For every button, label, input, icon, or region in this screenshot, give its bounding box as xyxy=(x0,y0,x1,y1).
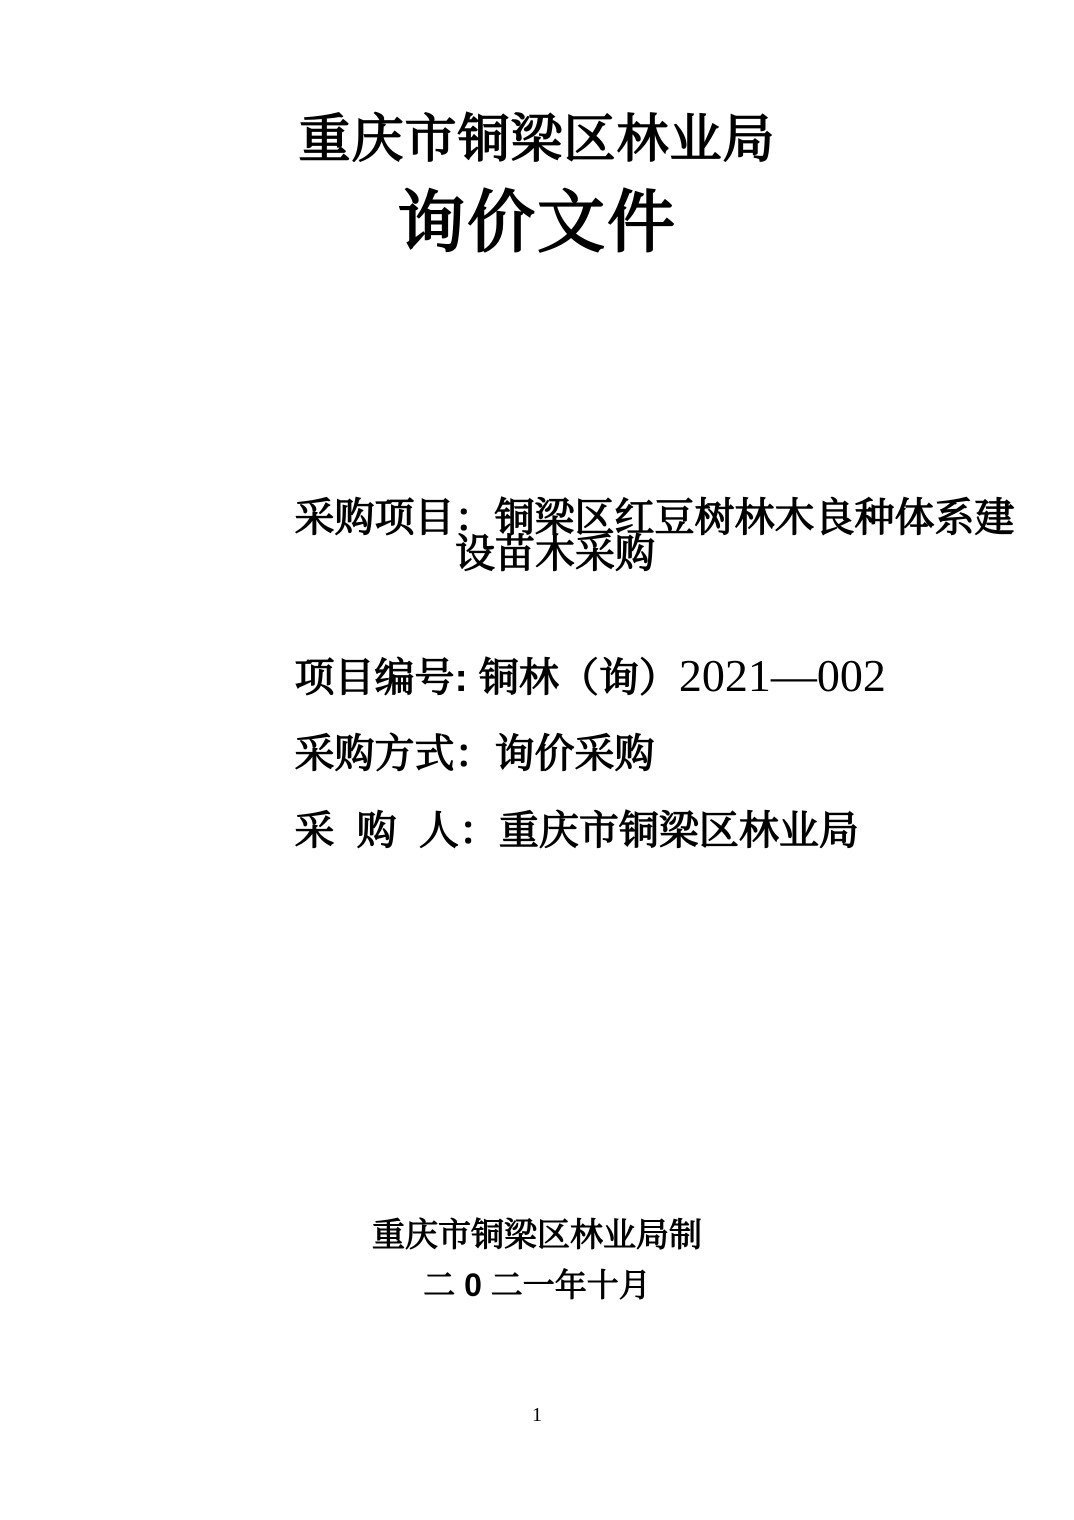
project-name-value-part2: 设苗木采购 xyxy=(455,533,655,575)
footer-issuer: 重庆市铜梁区林业局制 xyxy=(0,1218,1074,1253)
document-page: 重庆市铜梁区林业局 询价文件 采购项目：铜梁区红豆树林木良种体系建 设苗木采购 … xyxy=(0,0,1074,1520)
organization-title: 重庆市铜梁区林业局 xyxy=(0,112,1074,169)
page-number: 1 xyxy=(0,1404,1074,1426)
document-title: 询价文件 xyxy=(0,186,1074,261)
purchaser-label: 采 购 人： xyxy=(294,809,498,853)
purchaser-line: 采 购 人：重庆市铜梁区林业局 xyxy=(250,768,859,894)
project-number-value-digits: 2021—002 xyxy=(679,650,886,701)
footer-date: 二 0 二一年十月 xyxy=(0,1269,1074,1303)
purchaser-value: 重庆市铜梁区林业局 xyxy=(499,809,859,853)
